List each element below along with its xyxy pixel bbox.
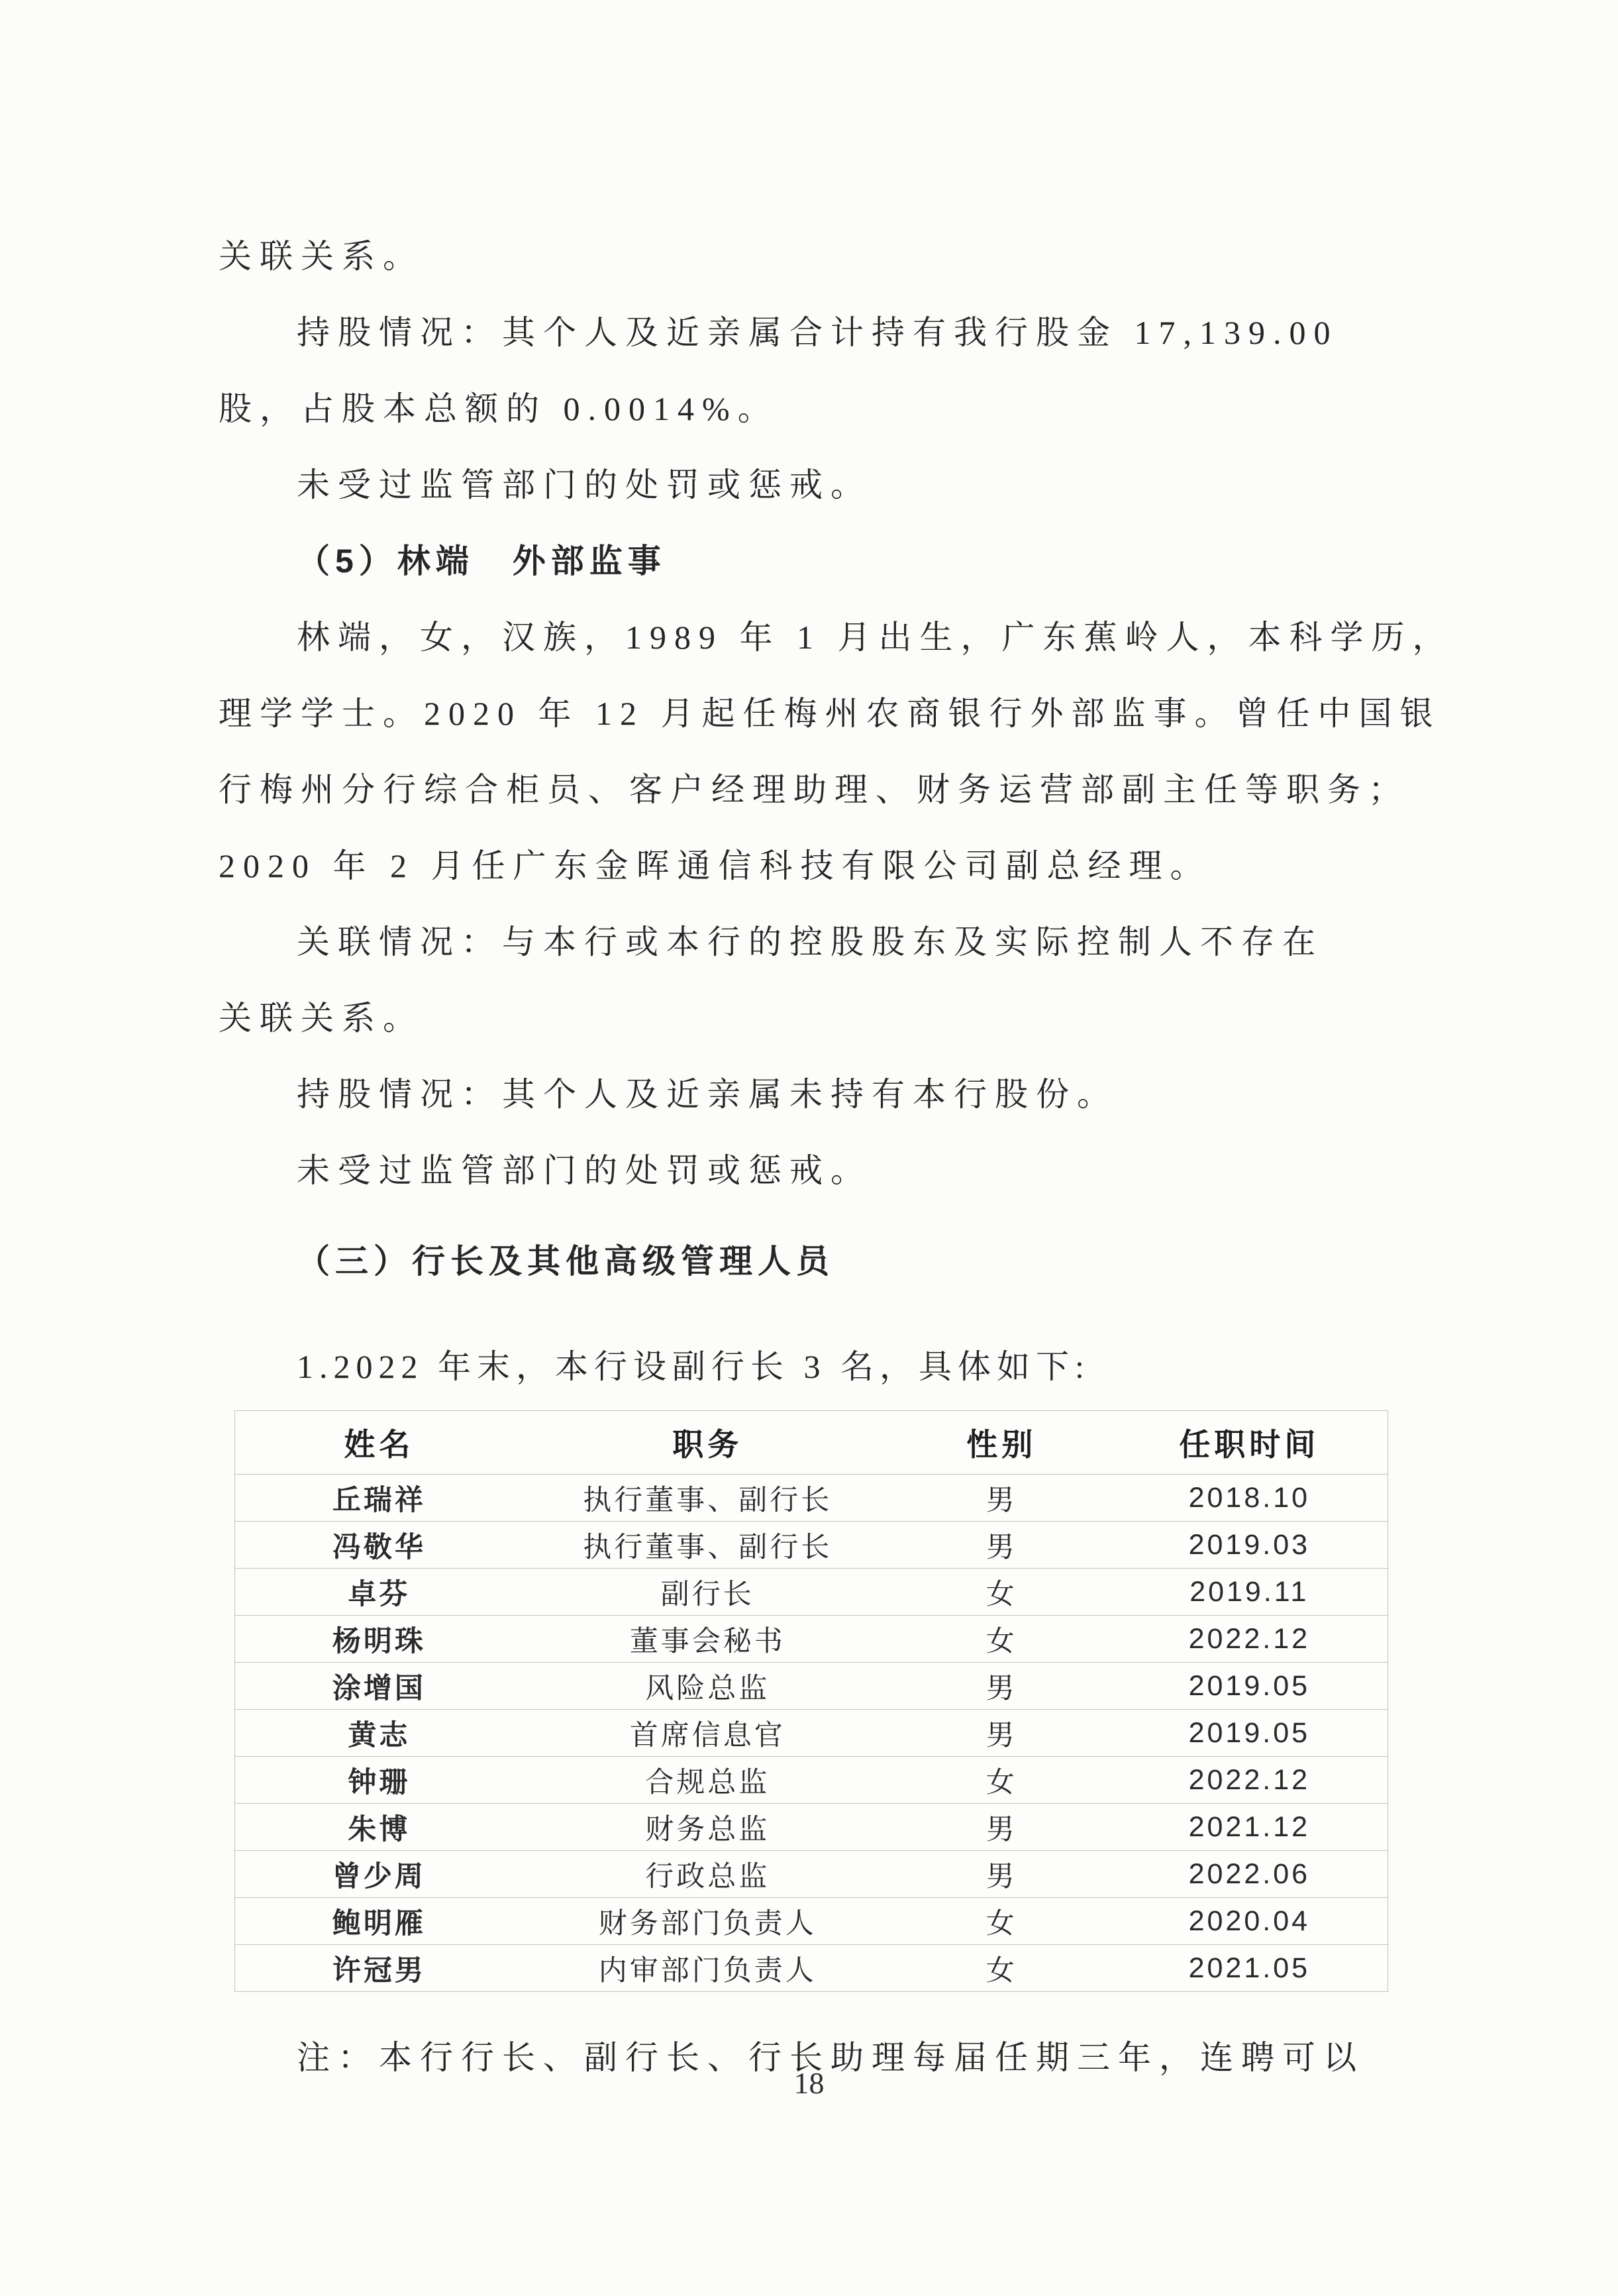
table-row: 丘瑞祥 执行董事、副行长 男 2018.10: [235, 1475, 1388, 1522]
cell-date: 2019.11: [1111, 1569, 1388, 1616]
cell-position: 财务总监: [523, 1804, 892, 1851]
cell-gender: 男: [892, 1804, 1111, 1851]
page-content: 关联关系。 持股情况：其个人及近亲属合计持有我行股金 17,139.00 股，占…: [219, 219, 1417, 2096]
section-heading-lin-duan: （5）林端 外部监事: [219, 523, 1417, 600]
cell-gender: 男: [892, 1475, 1111, 1522]
text-line: 未受过监管部门的处罚或惩戒。: [219, 447, 1417, 523]
table-row: 许冠男 内审部门负责人 女 2021.05: [235, 1945, 1388, 1992]
table-row: 涂增国 风险总监 男 2019.05: [235, 1663, 1388, 1710]
cell-date: 2019.05: [1111, 1710, 1388, 1757]
cell-date: 2022.06: [1111, 1851, 1388, 1898]
text-line: 持股情况：其个人及近亲属合计持有我行股金 17,139.00: [219, 295, 1417, 371]
table-row: 黄志 首席信息官 男 2019.05: [235, 1710, 1388, 1757]
cell-gender: 男: [892, 1851, 1111, 1898]
cell-gender: 女: [892, 1757, 1111, 1804]
cell-position: 首席信息官: [523, 1710, 892, 1757]
cell-gender: 男: [892, 1522, 1111, 1569]
table-row: 鲍明雁 财务部门负责人 女 2020.04: [235, 1898, 1388, 1945]
table-row: 曾少周 行政总监 男 2022.06: [235, 1851, 1388, 1898]
document-page: 关联关系。 持股情况：其个人及近亲属合计持有我行股金 17,139.00 股，占…: [0, 0, 1618, 2296]
cell-date: 2021.05: [1111, 1945, 1388, 1992]
table-header-row: 姓名 职务 性别 任职时间: [235, 1411, 1388, 1475]
cell-date: 2019.05: [1111, 1663, 1388, 1710]
table-row: 钟珊 合规总监 女 2022.12: [235, 1757, 1388, 1804]
cell-gender: 女: [892, 1569, 1111, 1616]
column-header-name: 姓名: [235, 1411, 523, 1475]
cell-name: 杨明珠: [235, 1616, 523, 1663]
column-header-date: 任职时间: [1111, 1411, 1388, 1475]
table-row: 杨明珠 董事会秘书 女 2022.12: [235, 1616, 1388, 1663]
text-line: 关联情况：与本行或本行的控股股东及实际控制人不存在: [219, 904, 1417, 980]
text-line: 2020 年 2 月任广东金晖通信科技有限公司副总经理。: [219, 828, 1417, 904]
cell-name: 鲍明雁: [235, 1898, 523, 1945]
cell-gender: 女: [892, 1616, 1111, 1663]
text-line: 持股情况：其个人及近亲属未持有本行股份。: [219, 1057, 1417, 1133]
column-header-position: 职务: [523, 1411, 892, 1475]
cell-position: 内审部门负责人: [523, 1945, 892, 1992]
page-number: 18: [0, 2065, 1618, 2101]
cell-date: 2022.12: [1111, 1616, 1388, 1663]
cell-position: 执行董事、副行长: [523, 1475, 892, 1522]
cell-date: 2021.12: [1111, 1804, 1388, 1851]
cell-gender: 女: [892, 1898, 1111, 1945]
cell-name: 卓芬: [235, 1569, 523, 1616]
text-line: 股，占股本总额的 0.0014%。: [219, 371, 1417, 447]
cell-name: 许冠男: [235, 1945, 523, 1992]
table-row: 卓芬 副行长 女 2019.11: [235, 1569, 1388, 1616]
cell-date: 2022.12: [1111, 1757, 1388, 1804]
cell-date: 2020.04: [1111, 1898, 1388, 1945]
text-line: 行梅州分行综合柜员、客户经理助理、财务运营部副主任等职务；: [219, 752, 1417, 828]
cell-name: 朱博: [235, 1804, 523, 1851]
cell-name: 黄志: [235, 1710, 523, 1757]
text-line: 关联关系。: [219, 219, 1417, 295]
cell-gender: 男: [892, 1663, 1111, 1710]
text-line: 林端，女，汉族，1989 年 1 月出生，广东蕉岭人，本科学历，: [219, 600, 1417, 676]
text-line: 理学学士。2020 年 12 月起任梅州农商银行外部监事。曾任中国银: [219, 676, 1417, 752]
text-line: 未受过监管部门的处罚或惩戒。: [219, 1133, 1417, 1209]
senior-management-table: 姓名 职务 性别 任职时间 丘瑞祥 执行董事、副行长 男 2018.10 冯敬华…: [234, 1410, 1388, 1992]
cell-name: 曾少周: [235, 1851, 523, 1898]
cell-name: 钟珊: [235, 1757, 523, 1804]
cell-date: 2019.03: [1111, 1522, 1388, 1569]
table-intro-line: 1.2022 年末，本行设副行长 3 名，具体如下:: [219, 1329, 1417, 1405]
table-row: 冯敬华 执行董事、副行长 男 2019.03: [235, 1522, 1388, 1569]
table-row: 朱博 财务总监 男 2021.12: [235, 1804, 1388, 1851]
cell-name: 丘瑞祥: [235, 1475, 523, 1522]
cell-name: 冯敬华: [235, 1522, 523, 1569]
cell-position: 执行董事、副行长: [523, 1522, 892, 1569]
cell-position: 财务部门负责人: [523, 1898, 892, 1945]
cell-position: 副行长: [523, 1569, 892, 1616]
cell-gender: 女: [892, 1945, 1111, 1992]
cell-position: 合规总监: [523, 1757, 892, 1804]
cell-position: 董事会秘书: [523, 1616, 892, 1663]
cell-position: 行政总监: [523, 1851, 892, 1898]
column-header-gender: 性别: [892, 1411, 1111, 1475]
text-line: 关联关系。: [219, 980, 1417, 1057]
cell-gender: 男: [892, 1710, 1111, 1757]
cell-name: 涂增国: [235, 1663, 523, 1710]
section-heading-senior-management: （三）行长及其他高级管理人员: [219, 1224, 1417, 1300]
cell-position: 风险总监: [523, 1663, 892, 1710]
cell-date: 2018.10: [1111, 1475, 1388, 1522]
